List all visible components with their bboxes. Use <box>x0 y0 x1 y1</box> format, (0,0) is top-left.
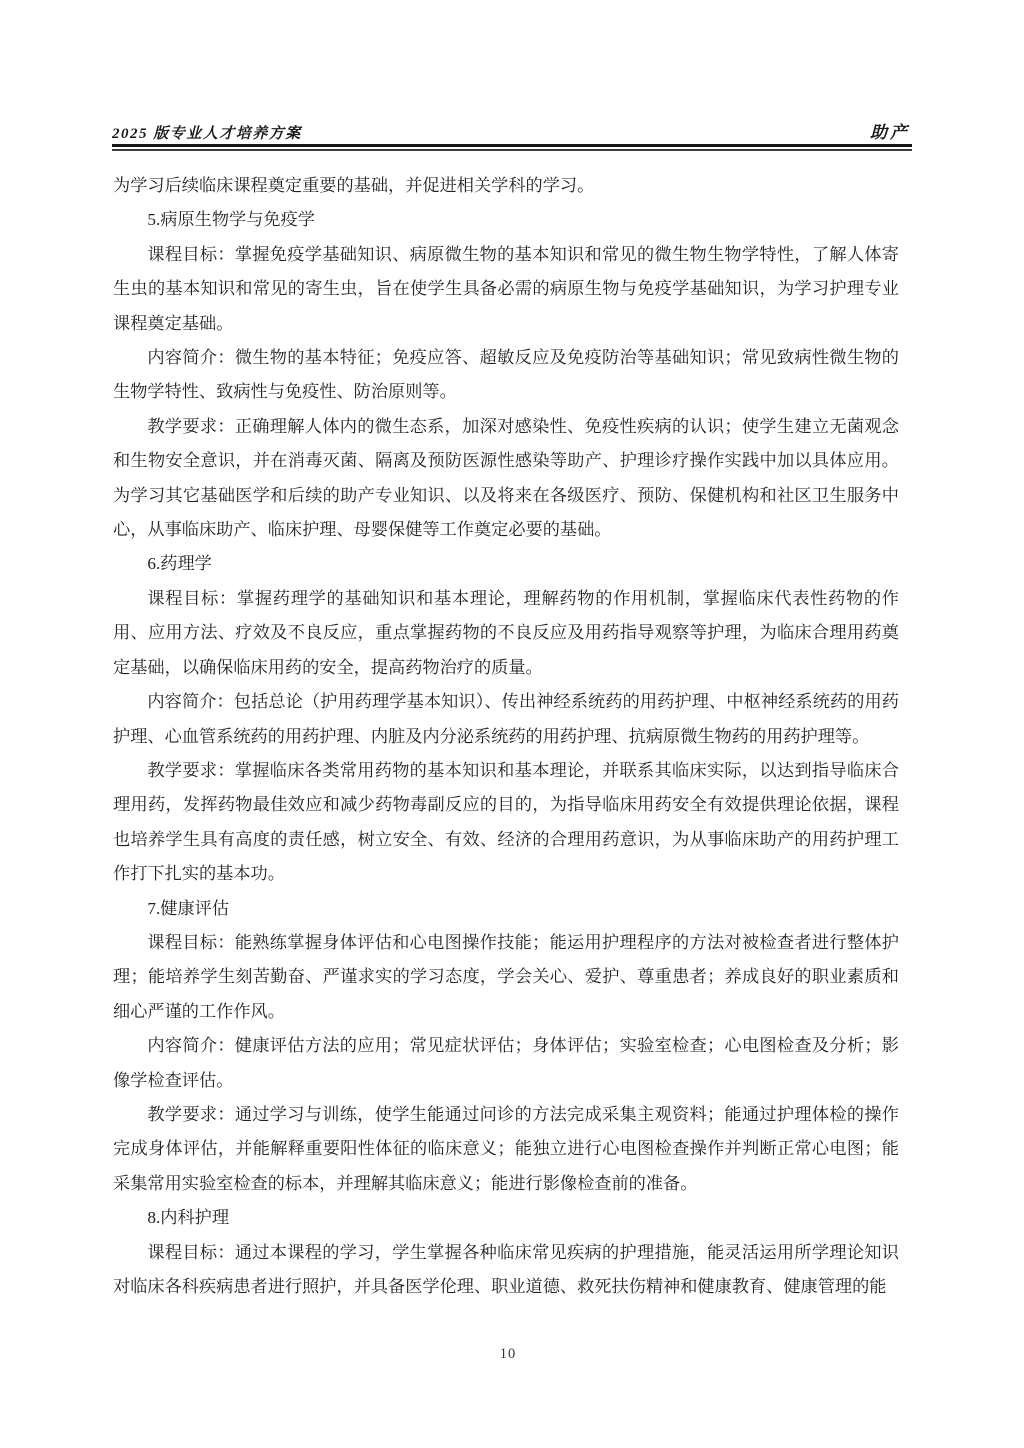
page-header: 2025 版专业人才培养方案 助产 <box>112 118 912 143</box>
paragraph: 内容简介：微生物的基本特征；免疫应答、超敏反应及免疫防治等基础知识；常见致病性微… <box>113 341 899 410</box>
document-page: 2025 版专业人才培养方案 助产 为学习后续临床课程奠定重要的基础，并促进相关… <box>0 0 1024 1448</box>
paragraph-continued: 为学习后续临床课程奠定重要的基础，并促进相关学科的学习。 <box>113 169 899 203</box>
course-heading: 6.药理学 <box>113 547 899 581</box>
paragraph: 内容简介：健康评估方法的应用；常见症状评估；身体评估；实验室检查；心电图检查及分… <box>113 1029 899 1098</box>
course-heading: 8.内科护理 <box>113 1201 899 1235</box>
paragraph: 教学要求：正确理解人体内的微生态系，加深对感染性、免疫性疾病的认识；使学生建立无… <box>113 410 899 548</box>
header-major-label: 助产 <box>870 118 912 143</box>
document-body: 为学习后续临床课程奠定重要的基础，并促进相关学科的学习。 5.病原生物学与免疫学… <box>113 169 899 1304</box>
page-number: 10 <box>500 1346 517 1362</box>
header-title: 2025 版专业人才培养方案 <box>112 122 302 143</box>
paragraph: 课程目标：通过本课程的学习，学生掌握各种临床常见疾病的护理措施，能灵活运用所学理… <box>113 1236 899 1305</box>
course-heading: 5.病原生物学与免疫学 <box>113 203 899 237</box>
paragraph: 课程目标：掌握药理学的基础知识和基本理论，理解药物的作用机制，掌握临床代表性药物… <box>113 582 899 685</box>
paragraph: 课程目标：能熟练掌握身体评估和心电图操作技能；能运用护理程序的方法对被检查者进行… <box>113 926 899 1029</box>
page-footer: 10 <box>0 1346 1016 1363</box>
paragraph: 教学要求：掌握临床各类常用药物的基本知识和基本理论，并联系其临床实际，以达到指导… <box>113 754 899 892</box>
header-double-rule <box>112 144 912 151</box>
paragraph: 教学要求：通过学习与训练，使学生能通过问诊的方法完成采集主观资料；能通过护理体检… <box>113 1098 899 1201</box>
paragraph: 课程目标：掌握免疫学基础知识、病原微生物的基本知识和常见的微生物生物学特性，了解… <box>113 238 899 341</box>
paragraph: 内容简介：包括总论（护用药理学基本知识）、传出神经系统药的用药护理、中枢神经系统… <box>113 685 899 754</box>
course-heading: 7.健康评估 <box>113 892 899 926</box>
